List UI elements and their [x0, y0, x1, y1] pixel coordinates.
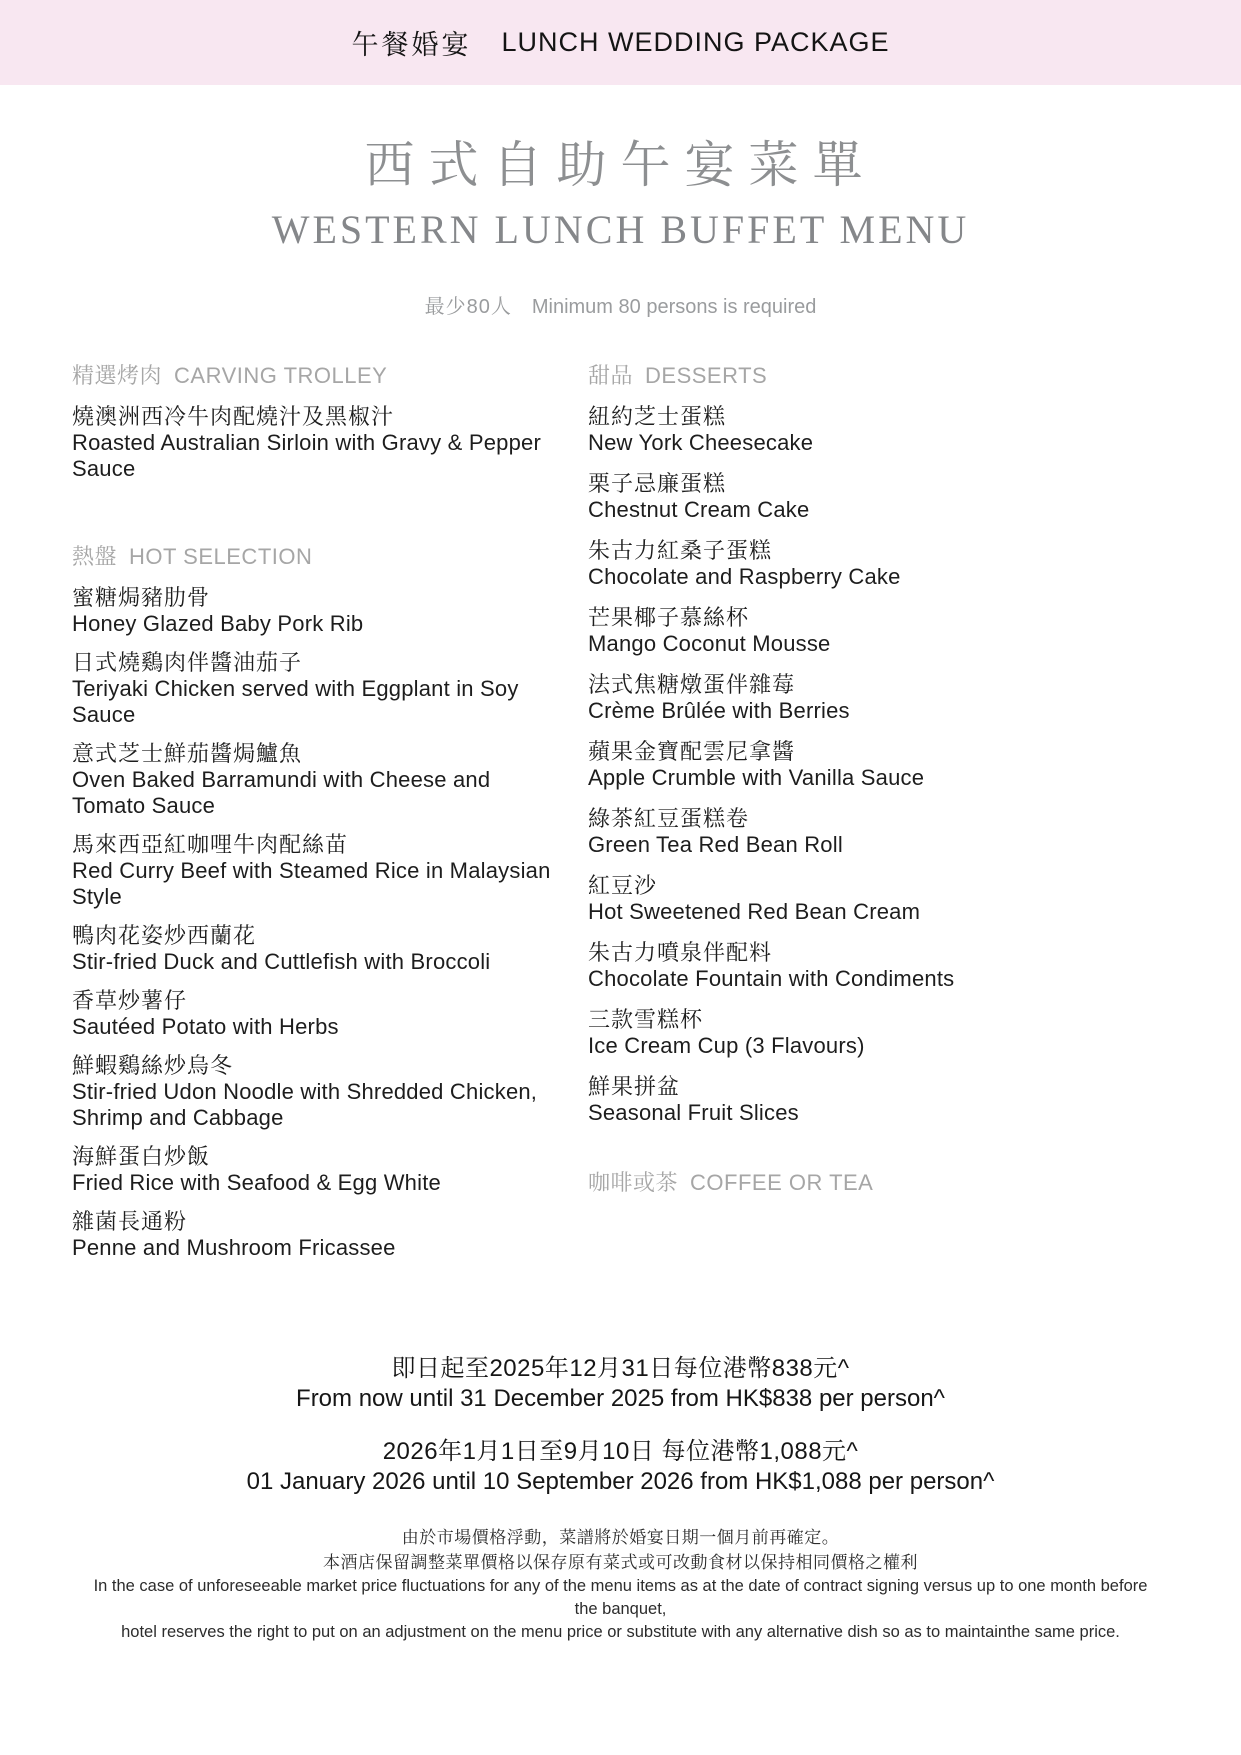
- banner-title-zh: 午餐婚宴: [351, 23, 471, 62]
- menu-item: 法式焦糖燉蛋伴雜莓 Crème Brûlée with Berries: [588, 672, 1171, 724]
- dish-name-en: New York Cheesecake: [588, 430, 1171, 456]
- price-line-zh: 即日起至2025年12月31日每位港幣838元^: [0, 1354, 1241, 1384]
- menu-item: 香草炒薯仔 Sautéed Potato with Herbs: [72, 988, 588, 1040]
- dish-name-en: Chestnut Cream Cake: [588, 497, 1171, 523]
- dish-name-zh: 朱古力噴泉伴配料: [588, 940, 1171, 966]
- dish-name-en: Green Tea Red Bean Roll: [588, 832, 1171, 858]
- dish-name-en: Honey Glazed Baby Pork Rib: [72, 611, 588, 637]
- minimum-persons-note-zh: 最少80人: [425, 296, 512, 318]
- menu-item: 鮮果拼盆 Seasonal Fruit Slices: [588, 1074, 1171, 1126]
- title-block: 西式自助午宴菜單 WESTERN LUNCH BUFFET MENU 最少80人…: [0, 135, 1241, 319]
- minimum-persons-note-en: Minimum 80 persons is required: [532, 296, 817, 318]
- dish-name-en: Roasted Australian Sirloin with Gravy & …: [72, 430, 588, 482]
- menu-item: 海鮮蛋白炒飯 Fried Rice with Seafood & Egg Whi…: [72, 1144, 588, 1196]
- dish-name-en: Hot Sweetened Red Bean Cream: [588, 899, 1171, 925]
- dish-name-en: Seasonal Fruit Slices: [588, 1100, 1171, 1126]
- disclaimer-block: 由於市場價格浮動，菜譜將於婚宴日期一個月前再確定。 本酒店保留調整菜單價格以保存…: [0, 1525, 1241, 1644]
- section-heading-carving-trolley: 精選烤肉CARVING TROLLEY: [72, 363, 588, 389]
- menu-item: 芒果椰子慕絲杯 Mango Coconut Mousse: [588, 605, 1171, 657]
- price-period-2025: 即日起至2025年12月31日每位港幣838元^ From now until …: [0, 1354, 1241, 1414]
- section-desserts: 甜品DESSERTS 紐約芝士蛋糕 New York Cheesecake 栗子…: [588, 363, 1171, 1126]
- menu-page: 午餐婚宴 LUNCH WEDDING PACKAGE 西式自助午宴菜單 WEST…: [0, 0, 1241, 1755]
- dish-name-zh: 紅豆沙: [588, 873, 1171, 899]
- menu-item: 馬來西亞紅咖哩牛肉配絲苗 Red Curry Beef with Steamed…: [72, 832, 588, 910]
- price-period-2026: 2026年1月1日至9月10日 每位港幣1,088元^ 01 January 2…: [0, 1437, 1241, 1497]
- dish-name-en: Apple Crumble with Vanilla Sauce: [588, 765, 1171, 791]
- dish-name-zh: 鮮果拼盆: [588, 1074, 1171, 1100]
- menu-item: 朱古力紅桑子蛋糕 Chocolate and Raspberry Cake: [588, 538, 1171, 590]
- menu-item: 日式燒鷄肉伴醬油茄子 Teriyaki Chicken served with …: [72, 650, 588, 728]
- menu-column-right: 甜品DESSERTS 紐約芝士蛋糕 New York Cheesecake 栗子…: [588, 363, 1171, 1211]
- section-heading-zh: 咖啡或茶: [588, 1170, 678, 1195]
- section-heading-zh: 甜品: [588, 363, 633, 388]
- dish-name-zh: 蘋果金寶配雲尼拿醬: [588, 739, 1171, 765]
- dish-name-en: Penne and Mushroom Fricassee: [72, 1235, 588, 1261]
- dish-name-zh: 馬來西亞紅咖哩牛肉配絲苗: [72, 832, 588, 858]
- section-coffee-or-tea: 咖啡或茶COFFEE OR TEA: [588, 1170, 1171, 1196]
- section-heading-desserts: 甜品DESSERTS: [588, 363, 1171, 389]
- section-heading-en: HOT SELECTION: [129, 544, 312, 569]
- dish-name-zh: 香草炒薯仔: [72, 988, 588, 1014]
- section-hot-selection: 熱盤HOT SELECTION 蜜糖焗豬肋骨 Honey Glazed Baby…: [72, 544, 588, 1261]
- disclaimer-line-zh: 本酒店保留調整菜單價格以保存原有菜式或可改動食材以保持相同價格之權利: [0, 1550, 1241, 1575]
- dish-name-zh: 日式燒鷄肉伴醬油茄子: [72, 650, 588, 676]
- disclaimer-line-en: hotel reserves the right to put on an ad…: [0, 1621, 1241, 1644]
- dish-name-zh: 紐約芝士蛋糕: [588, 404, 1171, 430]
- dish-name-en: Chocolate Fountain with Condiments: [588, 966, 1171, 992]
- menu-item: 雜菌長通粉 Penne and Mushroom Fricassee: [72, 1209, 588, 1261]
- price-line-zh: 2026年1月1日至9月10日 每位港幣1,088元^: [0, 1437, 1241, 1467]
- menu-item: 三款雪糕杯 Ice Cream Cup (3 Flavours): [588, 1007, 1171, 1059]
- dish-name-zh: 意式芝士鮮茄醬焗鱸魚: [72, 741, 588, 767]
- dish-name-zh: 綠茶紅豆蛋糕卷: [588, 806, 1171, 832]
- menu-item: 燒澳洲西冷牛肉配燒汁及黑椒汁 Roasted Australian Sirloi…: [72, 404, 588, 482]
- dish-name-en: Sautéed Potato with Herbs: [72, 1014, 588, 1040]
- section-heading-en: DESSERTS: [645, 363, 767, 388]
- price-line-en: From now until 31 December 2025 from HK$…: [0, 1384, 1241, 1414]
- menu-item: 蘋果金寶配雲尼拿醬 Apple Crumble with Vanilla Sau…: [588, 739, 1171, 791]
- dish-name-en: Fried Rice with Seafood & Egg White: [72, 1170, 588, 1196]
- dish-name-zh: 三款雪糕杯: [588, 1007, 1171, 1033]
- dish-name-en: Stir-fried Udon Noodle with Shredded Chi…: [72, 1079, 588, 1131]
- dish-name-en: Chocolate and Raspberry Cake: [588, 564, 1171, 590]
- section-heading-coffee-or-tea: 咖啡或茶COFFEE OR TEA: [588, 1170, 1171, 1196]
- pricing-block: 即日起至2025年12月31日每位港幣838元^ From now until …: [0, 1354, 1241, 1497]
- dish-name-en: Ice Cream Cup (3 Flavours): [588, 1033, 1171, 1059]
- banner-title-en: LUNCH WEDDING PACKAGE: [501, 27, 889, 58]
- minimum-persons-note: 最少80人Minimum 80 persons is required: [0, 295, 1241, 319]
- dish-name-zh: 海鮮蛋白炒飯: [72, 1144, 588, 1170]
- disclaimer-line-zh: 由於市場價格浮動，菜譜將於婚宴日期一個月前再確定。: [0, 1525, 1241, 1550]
- dish-name-en: Red Curry Beef with Steamed Rice in Mala…: [72, 858, 588, 910]
- dish-name-zh: 雜菌長通粉: [72, 1209, 588, 1235]
- dish-name-zh: 芒果椰子慕絲杯: [588, 605, 1171, 631]
- dish-name-zh: 蜜糖焗豬肋骨: [72, 585, 588, 611]
- menu-item: 栗子忌廉蛋糕 Chestnut Cream Cake: [588, 471, 1171, 523]
- package-banner: 午餐婚宴 LUNCH WEDDING PACKAGE: [0, 0, 1241, 85]
- section-heading-zh: 熱盤: [72, 544, 117, 569]
- dish-name-en: Oven Baked Barramundi with Cheese and To…: [72, 767, 588, 819]
- menu-item: 紅豆沙 Hot Sweetened Red Bean Cream: [588, 873, 1171, 925]
- menu-item: 綠茶紅豆蛋糕卷 Green Tea Red Bean Roll: [588, 806, 1171, 858]
- dish-name-zh: 鮮蝦鷄絲炒烏冬: [72, 1053, 588, 1079]
- dish-name-en: Mango Coconut Mousse: [588, 631, 1171, 657]
- menu-item: 鴨肉花姿炒西蘭花 Stir-fried Duck and Cuttlefish …: [72, 923, 588, 975]
- dish-name-en: Teriyaki Chicken served with Eggplant in…: [72, 676, 588, 728]
- menu-item: 蜜糖焗豬肋骨 Honey Glazed Baby Pork Rib: [72, 585, 588, 637]
- menu-item: 朱古力噴泉伴配料 Chocolate Fountain with Condime…: [588, 940, 1171, 992]
- dish-name-zh: 朱古力紅桑子蛋糕: [588, 538, 1171, 564]
- price-line-en: 01 January 2026 until 10 September 2026 …: [0, 1467, 1241, 1497]
- menu-item: 鮮蝦鷄絲炒烏冬 Stir-fried Udon Noodle with Shre…: [72, 1053, 588, 1131]
- dish-name-en: Stir-fried Duck and Cuttlefish with Broc…: [72, 949, 588, 975]
- menu-column-left: 精選烤肉CARVING TROLLEY 燒澳洲西冷牛肉配燒汁及黑椒汁 Roast…: [72, 363, 588, 1274]
- dish-name-en: Crème Brûlée with Berries: [588, 698, 1171, 724]
- section-heading-en: COFFEE OR TEA: [690, 1170, 873, 1195]
- section-carving-trolley: 精選烤肉CARVING TROLLEY 燒澳洲西冷牛肉配燒汁及黑椒汁 Roast…: [72, 363, 588, 482]
- page-title-en: WESTERN LUNCH BUFFET MENU: [0, 207, 1241, 253]
- dish-name-zh: 燒澳洲西冷牛肉配燒汁及黑椒汁: [72, 404, 588, 430]
- dish-name-zh: 法式焦糖燉蛋伴雜莓: [588, 672, 1171, 698]
- section-heading-zh: 精選烤肉: [72, 363, 162, 388]
- dish-name-zh: 栗子忌廉蛋糕: [588, 471, 1171, 497]
- menu-item: 紐約芝士蛋糕 New York Cheesecake: [588, 404, 1171, 456]
- dish-name-zh: 鴨肉花姿炒西蘭花: [72, 923, 588, 949]
- section-heading-en: CARVING TROLLEY: [174, 363, 387, 388]
- page-title-zh: 西式自助午宴菜單: [0, 135, 1241, 195]
- menu-item: 意式芝士鮮茄醬焗鱸魚 Oven Baked Barramundi with Ch…: [72, 741, 588, 819]
- disclaimer-line-en: In the case of unforeseeable market pric…: [0, 1575, 1241, 1621]
- menu-columns: 精選烤肉CARVING TROLLEY 燒澳洲西冷牛肉配燒汁及黑椒汁 Roast…: [0, 363, 1241, 1274]
- section-heading-hot-selection: 熱盤HOT SELECTION: [72, 544, 588, 570]
